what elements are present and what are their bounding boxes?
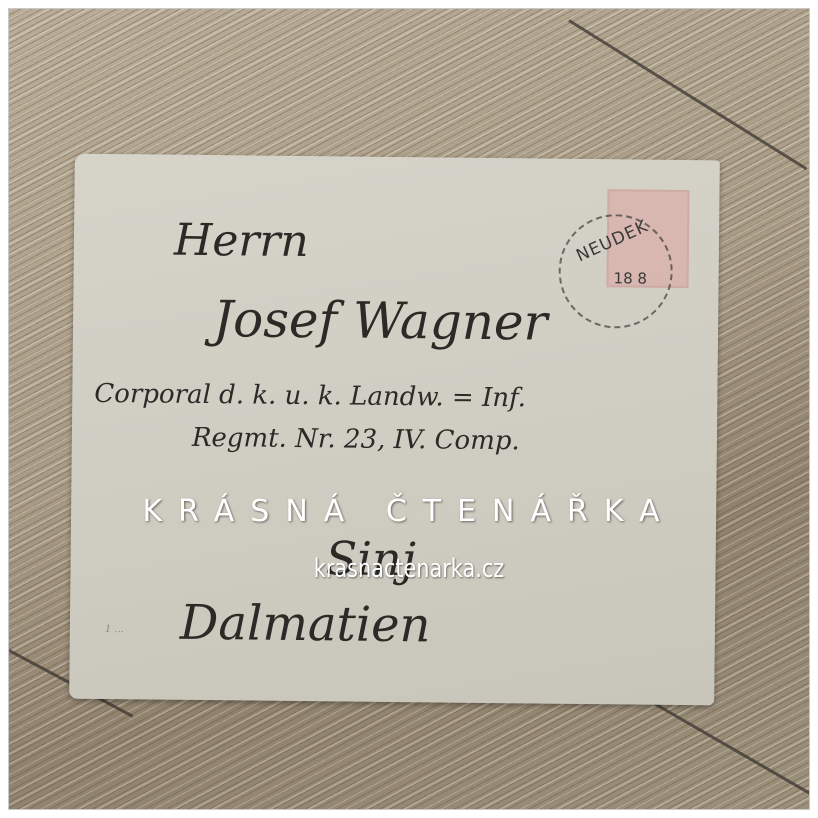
address-line: Corporal d. k. u. k. Landw. = Inf. xyxy=(94,379,526,414)
address-line: Regmt. Nr. 23, IV. Comp. xyxy=(192,423,520,456)
address-line: Dalmatien xyxy=(180,595,431,654)
watermark-title: KRÁSNÁ ČTENÁŘKA xyxy=(0,494,818,529)
floor-seam xyxy=(648,699,810,802)
address-line: Josef Wagner xyxy=(213,290,548,351)
floor-seam xyxy=(568,19,807,170)
envelope: NEUDEK 18 8 Herrn Josef Wagner Corporal … xyxy=(69,154,720,706)
watermark-url: krasnactenarka.cz xyxy=(82,554,736,584)
postmark-date: 18 8 xyxy=(614,269,648,287)
photo-frame: NEUDEK 18 8 Herrn Josef Wagner Corporal … xyxy=(8,8,810,810)
address-line: Herrn xyxy=(174,215,309,267)
pencil-note: 1 ... xyxy=(105,624,124,635)
